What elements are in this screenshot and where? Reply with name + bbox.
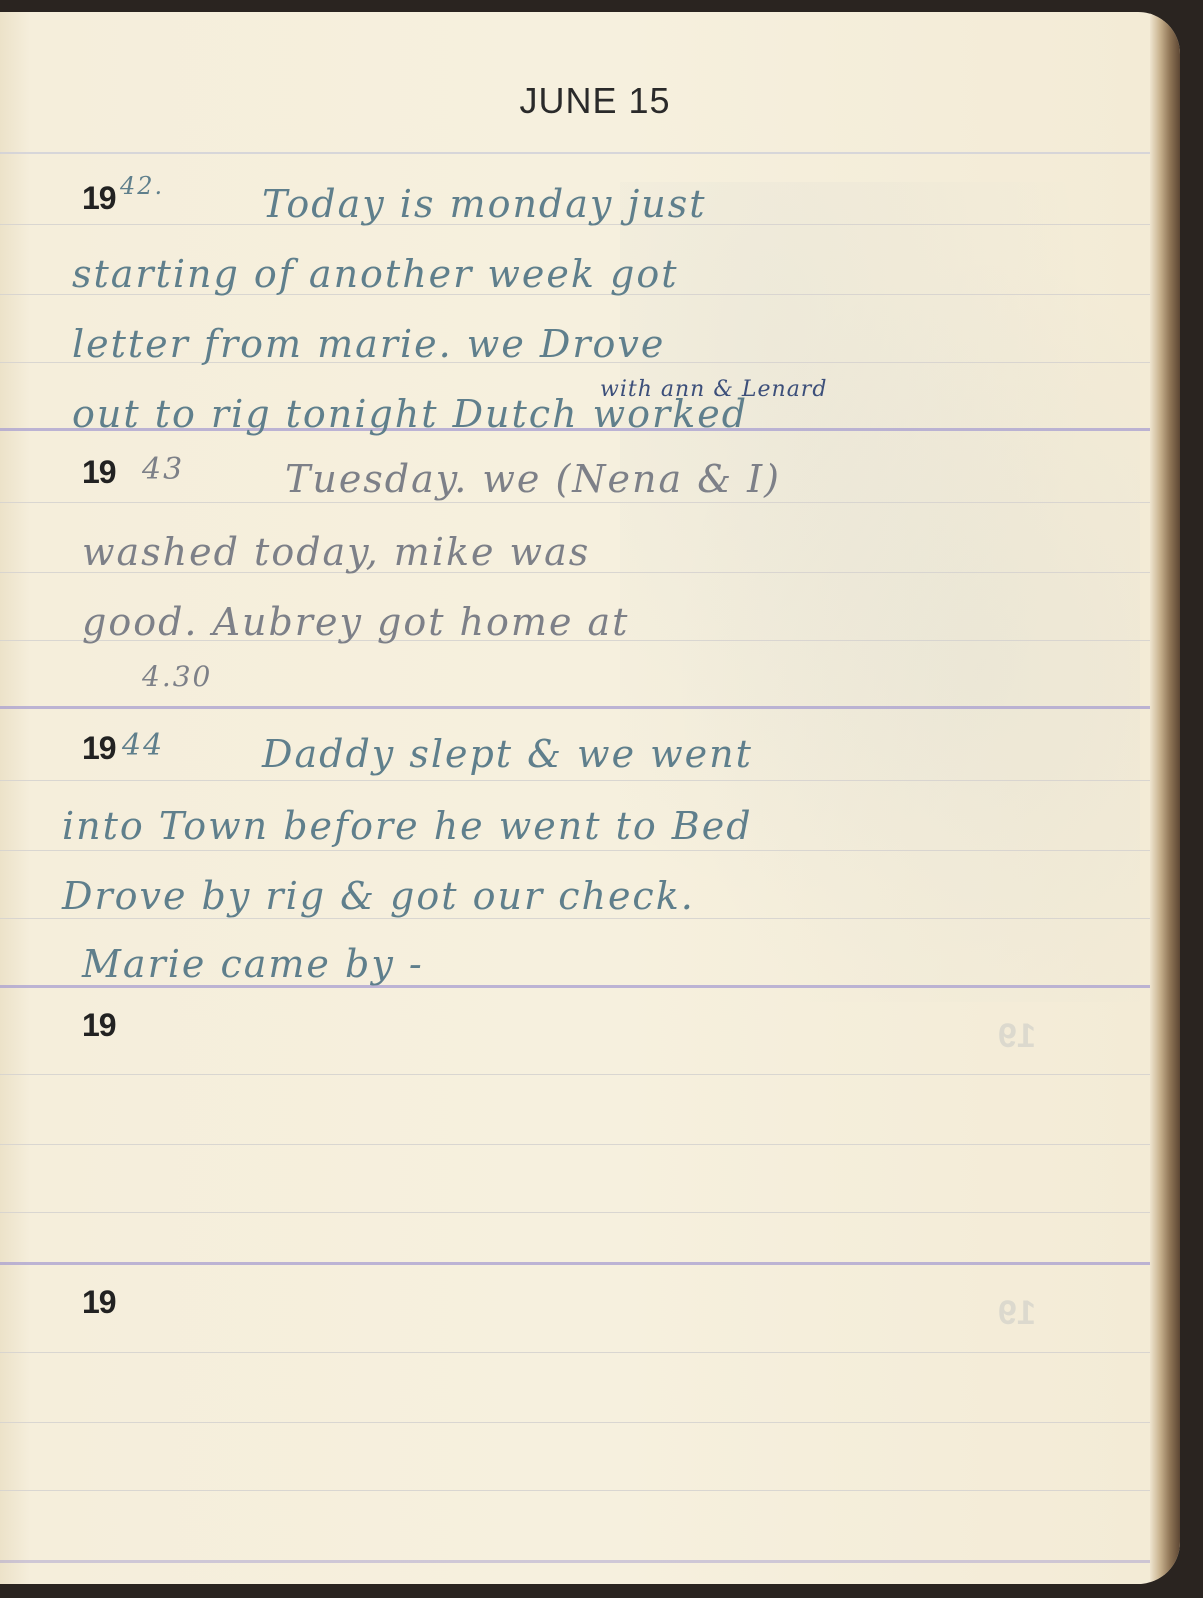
page-date-header: JUNE 15 xyxy=(0,80,1180,122)
handwritten-year-1942: 42. xyxy=(120,172,164,200)
date-label: JUNE 15 xyxy=(509,80,670,122)
section-divider xyxy=(0,1262,1155,1265)
ruled-line xyxy=(0,780,1155,781)
printed-year-4: 19 xyxy=(82,1007,116,1044)
printed-year-5: 19 xyxy=(82,1284,116,1321)
entry-1942-annotation: with ann & Lenard xyxy=(600,377,827,402)
entry-1943-line-3: good. Aubrey got home at xyxy=(82,600,629,644)
ruled-line xyxy=(0,1074,1155,1075)
entry-1942-line-1: Today is monday just xyxy=(262,182,706,226)
entry-1943-line-2: washed today, mike was xyxy=(82,530,590,574)
entry-1942-line-2: starting of another week got xyxy=(72,252,678,296)
page-edge xyxy=(1150,12,1180,1584)
handwritten-year-1943: 43 xyxy=(142,452,184,487)
diary-page: JUNE 15 19 42. Today is monday just star… xyxy=(0,12,1180,1584)
ruled-line xyxy=(0,1422,1155,1423)
ghost-year-bleedthrough: 19 xyxy=(998,1294,1036,1333)
entry-1944-line-1: Daddy slept & we went xyxy=(262,732,753,776)
ruled-line xyxy=(0,502,1155,503)
entry-1942-line-3: letter from marie. we Drove xyxy=(72,322,665,366)
printed-year-1: 19 xyxy=(82,180,116,217)
printed-year-2: 19 xyxy=(82,454,116,491)
printed-year-3: 19 xyxy=(82,730,116,767)
ruled-line xyxy=(0,918,1155,919)
ruled-line xyxy=(0,1144,1155,1145)
section-divider xyxy=(0,706,1155,709)
entry-1943-line-4: 4.30 xyxy=(142,660,212,693)
section-divider xyxy=(0,1560,1155,1563)
ruled-line xyxy=(0,1352,1155,1353)
entry-1944-line-4: Marie came by - xyxy=(82,942,424,986)
header-rule xyxy=(0,152,1155,154)
entry-1943-line-1: Tuesday. we (Nena & I) xyxy=(285,457,781,501)
entry-1944-line-2: into Town before he went to Bed xyxy=(62,804,753,848)
ghost-year-bleedthrough: 19 xyxy=(998,1017,1036,1056)
ruled-line xyxy=(0,1490,1155,1491)
ruled-line xyxy=(0,850,1155,851)
handwritten-year-1944: 44 xyxy=(122,728,164,763)
entry-1944-line-3: Drove by rig & got our check. xyxy=(62,874,695,918)
ruled-line xyxy=(0,1212,1155,1213)
ink-bleed-through xyxy=(620,182,1140,1002)
